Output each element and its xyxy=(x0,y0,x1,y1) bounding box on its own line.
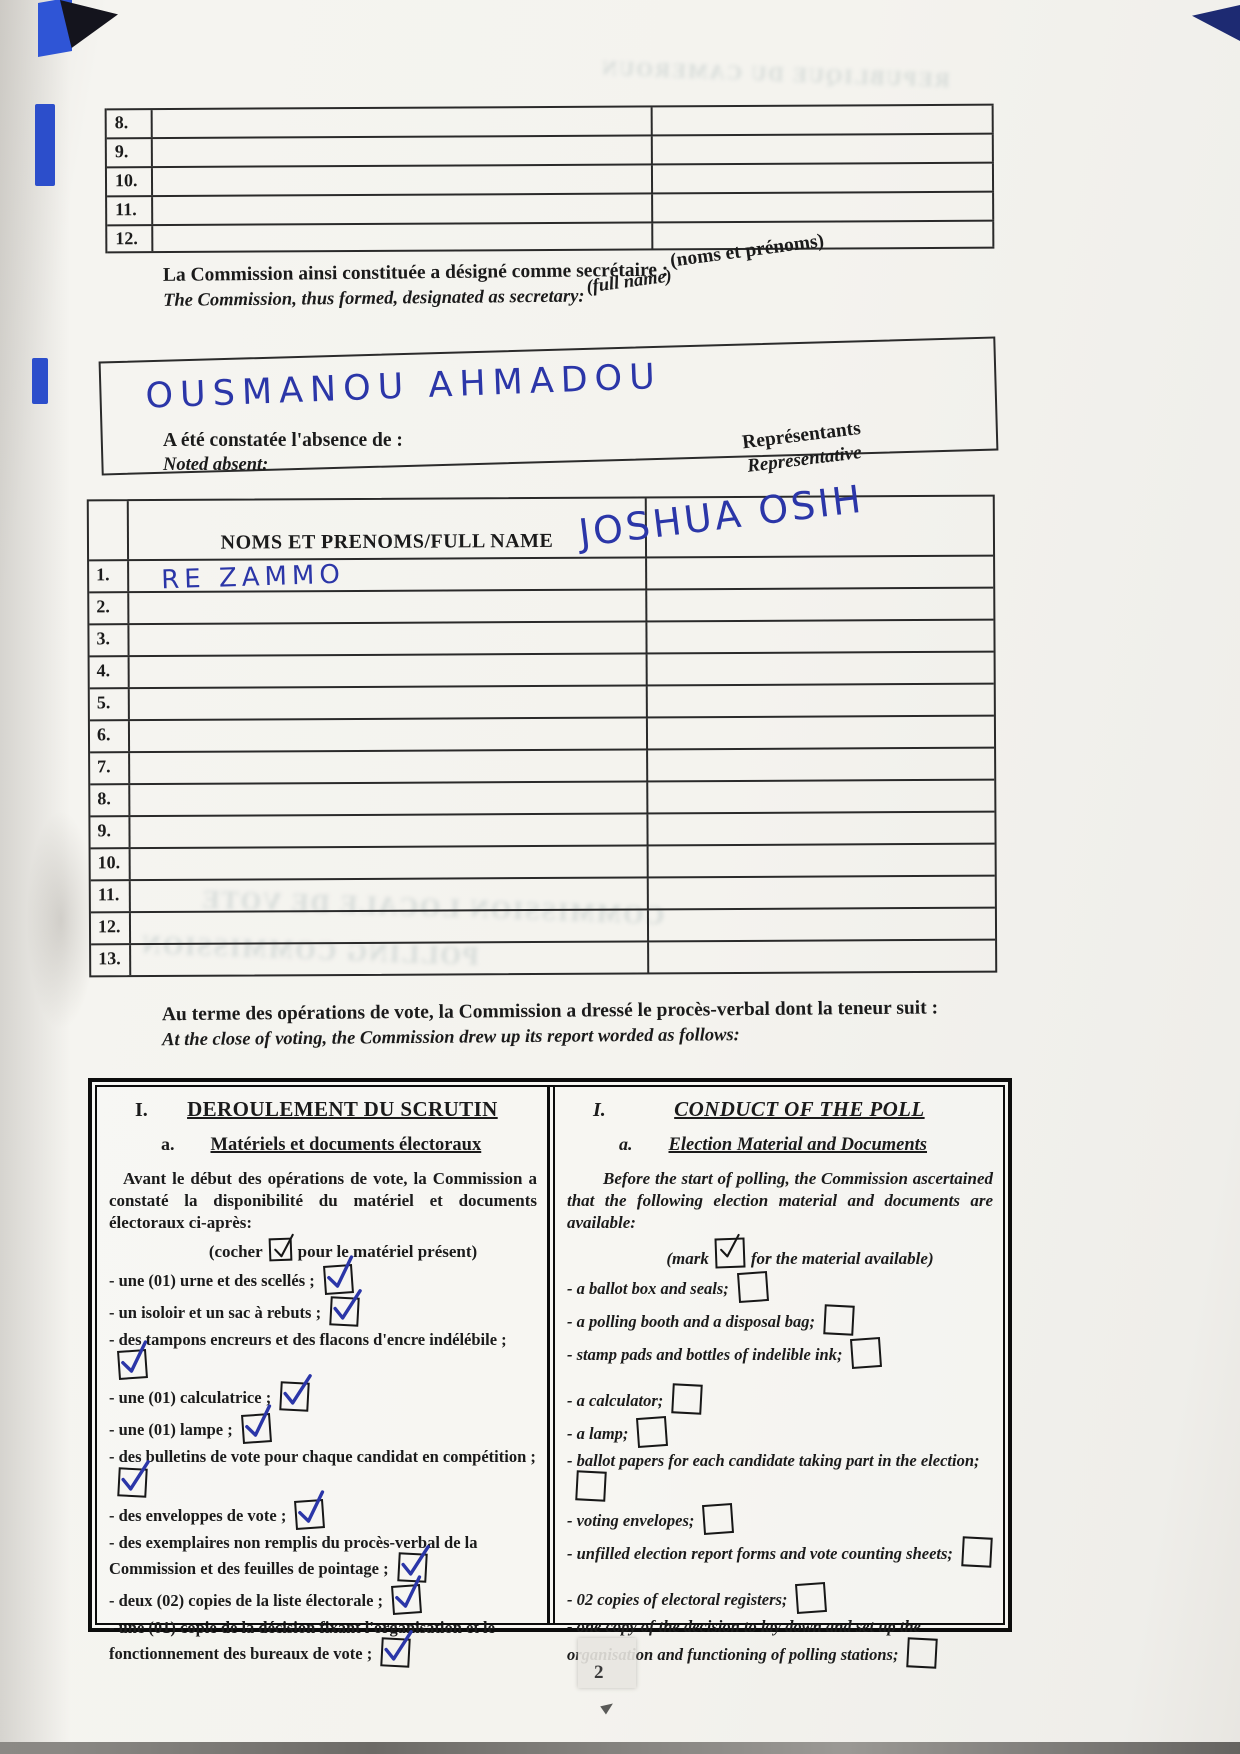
table-row: 8. xyxy=(90,779,994,816)
subsection-heading-en: a. Election Material and Documents xyxy=(567,1134,993,1156)
section-heading-en: I. CONDUCT OF THE POLL xyxy=(567,1097,993,1122)
table-row: 2. xyxy=(89,587,993,624)
checklist-item: - des tampons encreurs et des flacons d'… xyxy=(109,1329,537,1379)
material-checklist-en: - a ballot box and seals; - a polling bo… xyxy=(567,1272,993,1667)
row-number: 10. xyxy=(107,168,153,195)
row-number: 11. xyxy=(107,197,153,224)
checkbox xyxy=(907,1637,939,1669)
intro-paragraph-en: Before the start of polling, the Commiss… xyxy=(567,1168,993,1234)
checklist-item: - a polling booth and a disposal bag; xyxy=(567,1305,993,1335)
table-row: 7. xyxy=(90,747,994,784)
page-number: 2 xyxy=(594,1662,604,1684)
checklist-item: - deux (02) copies de la liste électoral… xyxy=(109,1585,537,1614)
table-row: 12. xyxy=(107,220,994,254)
row-number: 8. xyxy=(107,110,153,137)
checklist-item: - a ballot box and seals; xyxy=(567,1272,993,1302)
table-row: 10. xyxy=(107,162,994,196)
table-row: 1.RE ZAMMO xyxy=(89,555,993,592)
closing-fr: Au terme des opérations de vote, la Comm… xyxy=(162,996,1122,1026)
absent-members-table: NOMS ET PRENOMS/FULL NAME 1.RE ZAMMO 2. … xyxy=(87,495,997,978)
checkbox xyxy=(279,1382,309,1412)
checkbox xyxy=(380,1637,410,1667)
table-row: 9. xyxy=(107,133,994,167)
table-row: 6. xyxy=(90,715,994,752)
checklist-item: - 02 copies of electoral registers; xyxy=(567,1583,993,1613)
material-checklist-fr: - une (01) urne et des scellés ; - un is… xyxy=(109,1265,537,1666)
checkbox xyxy=(737,1271,769,1303)
table-row: 12. xyxy=(91,907,995,944)
subsection-heading-fr: a. Matériels et documents électoraux xyxy=(109,1134,537,1156)
secretary-label-en: The Commission, thus formed, designated … xyxy=(163,281,1103,312)
checkbox xyxy=(636,1416,668,1448)
checklist-item: - a calculator; xyxy=(567,1384,993,1414)
checklist-item: - a lamp; xyxy=(567,1417,993,1447)
fullname-column-header: NOMS ET PRENOMS/FULL NAME xyxy=(129,529,645,555)
french-column: I. DEROULEMENT DU SCRUTIN a. Matériels e… xyxy=(97,1087,550,1623)
scan-edge-band xyxy=(0,1742,1240,1754)
secretary-name-handwritten: OUSMANOU AHMADOU xyxy=(145,344,995,417)
checklist-item: - ballot papers for each candidate takin… xyxy=(567,1450,993,1501)
checklist-item: - stamp pads and bottles of indelible in… xyxy=(567,1338,993,1368)
checkbox xyxy=(823,1305,855,1337)
printed-checked-checkbox xyxy=(714,1238,745,1269)
checklist-item: - un isoloir et un sac à rebuts ; xyxy=(109,1297,537,1326)
checkbox xyxy=(294,1499,325,1530)
intro-paragraph-fr: Avant le début des opérations de vote, l… xyxy=(109,1168,537,1234)
conduct-of-poll-section: I. DEROULEMENT DU SCRUTIN a. Matériels e… xyxy=(88,1078,1012,1632)
checklist-item: - unfilled election report forms and vot… xyxy=(567,1537,993,1567)
noted-absent-heading: A été constatée l'absence de : Noted abs… xyxy=(163,430,403,476)
corner-fold-mark xyxy=(1192,5,1240,41)
blue-edge-mark xyxy=(35,104,55,186)
table-row: 10. xyxy=(91,843,995,880)
section-heading-fr: I. DEROULEMENT DU SCRUTIN xyxy=(109,1097,537,1122)
row-number: 9. xyxy=(107,139,153,166)
table-row: 11. xyxy=(91,875,995,912)
checkbox xyxy=(241,1413,272,1444)
checkbox xyxy=(391,1584,422,1615)
checkbox xyxy=(671,1384,703,1416)
table-row: 11. xyxy=(107,191,994,225)
checklist-item: - des enveloppes de vote ; xyxy=(109,1500,537,1529)
page-number-box xyxy=(578,1638,636,1688)
secretary-designation-text: La Commission ainsi constituée a désigné… xyxy=(163,255,1103,312)
checkbox xyxy=(850,1337,882,1369)
table-row: 4. xyxy=(90,651,994,688)
checkbox xyxy=(575,1471,607,1503)
bleed-through-text: REPUBLIQUE DU CAMEROUN xyxy=(600,56,950,93)
table-row: 8. xyxy=(107,104,994,138)
blue-edge-mark xyxy=(32,358,48,404)
table-row: 3. xyxy=(89,619,993,656)
scan-smudge xyxy=(26,810,96,1030)
closing-en: At the close of voting, the Commission d… xyxy=(162,1022,1122,1051)
english-column: I. CONDUCT OF THE POLL a. Election Mater… xyxy=(553,1087,1003,1623)
noted-absent-fr: A été constatée l'absence de : xyxy=(163,430,403,452)
table-row: 13. xyxy=(91,939,995,976)
checklist-item: - une (01) copie de la décision fixant l… xyxy=(109,1617,537,1667)
scanned-form-page: REPUBLIQUE DU CAMEROUN COMMISSION LOCALE… xyxy=(0,0,1240,1754)
closing-statement: Au terme des opérations de vote, la Comm… xyxy=(162,996,1122,1051)
table-row: 9. xyxy=(90,811,994,848)
checkbox xyxy=(117,1349,148,1380)
checklist-item: - voting envelopes; xyxy=(567,1504,993,1534)
checkbox xyxy=(117,1467,147,1497)
checkbox xyxy=(329,1297,359,1327)
mark-instruction-en: (markfor the material available) xyxy=(567,1238,993,1269)
table-row: 5. xyxy=(90,683,994,720)
members-table-continuation: 8. 9. 10. 11. 12. xyxy=(105,104,995,254)
noted-absent-en: Noted absent: xyxy=(163,455,403,476)
absent-name-handwritten: RE ZAMMO xyxy=(161,560,346,596)
checkbox xyxy=(795,1582,827,1614)
checklist-item: - une (01) calculatrice ; xyxy=(109,1382,537,1411)
pen-arrow-mark xyxy=(600,1699,616,1714)
row-number: 12. xyxy=(107,226,153,251)
checklist-item: - des exemplaires non remplis du procès-… xyxy=(109,1532,537,1582)
printed-checked-checkbox xyxy=(268,1238,292,1262)
checklist-item: - une (01) urne et des scellés ; xyxy=(109,1265,537,1294)
checklist-item: - une (01) lampe ; xyxy=(109,1414,537,1443)
checkbox xyxy=(702,1503,734,1535)
checkbox xyxy=(961,1537,993,1569)
